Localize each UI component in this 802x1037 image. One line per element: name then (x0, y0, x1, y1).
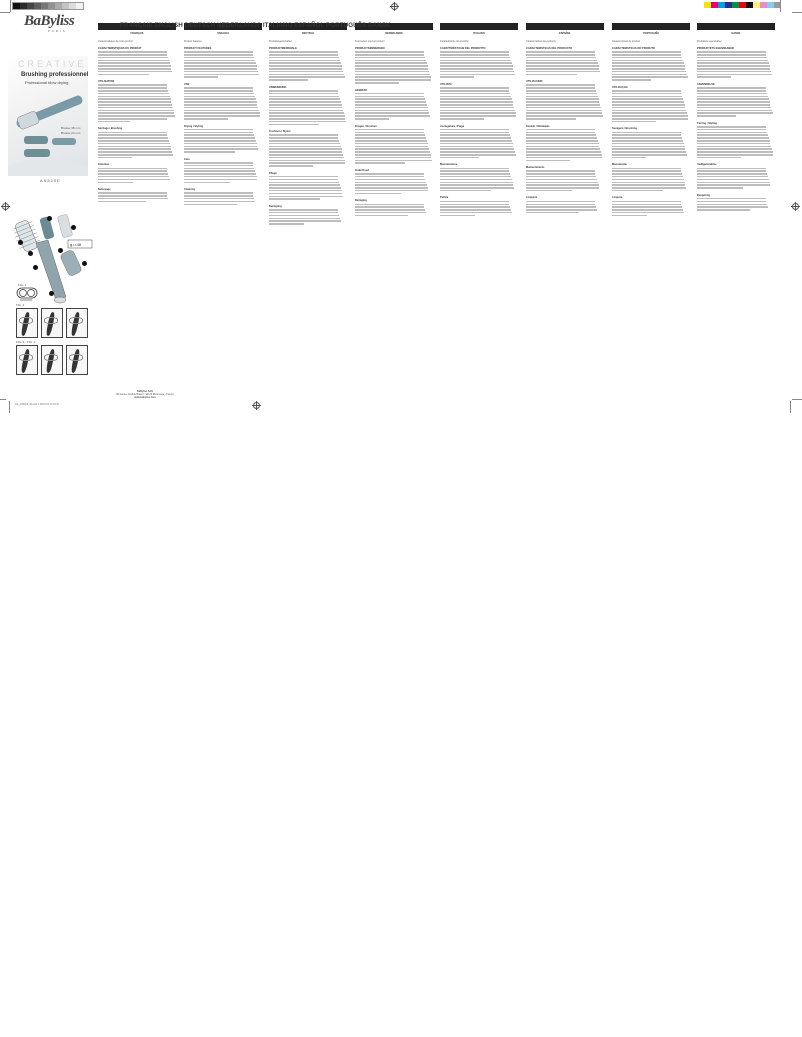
callout-marker-icon (49, 291, 54, 296)
text-line (612, 146, 685, 148)
calibration-swatch (20, 3, 27, 9)
text-line (697, 104, 770, 106)
text-section: Tørring / Styling (697, 122, 775, 159)
text-line (269, 121, 346, 123)
calibration-swatch (69, 3, 76, 9)
text-section: CARACTERÍSTICAS DO PRODUTO (612, 47, 690, 81)
text-line (526, 110, 602, 112)
text-line (355, 68, 428, 70)
text-line (612, 168, 681, 170)
text-section: Secado / Moldeado (526, 125, 604, 162)
section-heading: ANVENDELSE (697, 83, 775, 86)
column-intro: Características do produto (612, 40, 690, 43)
section-heading: UTILISATION (98, 80, 176, 83)
text-line (355, 179, 425, 181)
text-section: PRODUKTMERKMALE (269, 47, 347, 81)
section-heading: PRODUCT FEATURES (184, 47, 262, 50)
text-line (440, 54, 509, 56)
text-line (98, 96, 170, 98)
text-line (184, 165, 253, 167)
text-line (184, 137, 255, 139)
text-line (440, 71, 514, 73)
text-line (355, 132, 424, 134)
text-line (612, 151, 686, 153)
figure-step-image (66, 345, 88, 375)
text-line (98, 74, 149, 76)
text-line (526, 112, 602, 114)
text-section: Cleaning (184, 188, 262, 205)
callout-marker-icon (82, 261, 87, 266)
text-line (355, 160, 432, 162)
calibration-swatch (41, 3, 48, 9)
text-line (526, 204, 595, 206)
text-line (98, 148, 171, 150)
text-line (612, 101, 684, 103)
text-line (697, 173, 767, 175)
text-line (269, 148, 342, 150)
text-line (98, 107, 173, 109)
text-line (526, 173, 595, 175)
language-column: ITALIANOCaratteristiche del prodottoCARA… (440, 32, 518, 221)
text-line (355, 173, 424, 175)
text-line (184, 57, 254, 59)
text-line (697, 182, 770, 184)
text-line (697, 129, 766, 131)
section-heading: UTILIZACIÓN (526, 80, 604, 83)
text-line (269, 160, 345, 162)
text-line (269, 90, 338, 92)
text-line (526, 179, 597, 181)
text-line (526, 146, 599, 148)
text-section: ANWENDUNG (269, 86, 347, 125)
text-line (269, 220, 341, 222)
text-line (612, 209, 683, 211)
text-line (697, 93, 767, 95)
text-line (98, 112, 174, 114)
text-line (697, 74, 772, 76)
text-line (526, 68, 599, 70)
text-line (440, 107, 514, 109)
text-line (184, 93, 254, 95)
section-heading: Pulizia (440, 196, 518, 199)
text-line (440, 201, 509, 203)
text-line (697, 96, 768, 98)
text-line (440, 96, 511, 98)
text-line (269, 157, 344, 159)
calibration-swatch (27, 3, 34, 9)
column-language-code: DANSK (697, 32, 775, 35)
section-heading: Mantenimiento (526, 166, 604, 169)
text-line (612, 54, 681, 56)
text-line (612, 96, 682, 98)
distributor-url: www.babyliss.com (110, 396, 180, 399)
text-line (355, 115, 430, 117)
text-line (269, 110, 343, 112)
text-line (355, 162, 405, 164)
text-line (269, 118, 345, 120)
crop-mark (0, 12, 10, 13)
text-line (612, 62, 684, 64)
text-line (98, 132, 167, 134)
text-line (184, 65, 257, 67)
text-line (98, 168, 167, 170)
text-line (526, 107, 601, 109)
text-section: CARACTÉRISTIQUES DU PRODUIT (98, 47, 176, 75)
text-line (184, 204, 237, 206)
calibration-swatch (55, 3, 62, 9)
text-line (612, 74, 687, 76)
text-line (269, 107, 342, 109)
text-line (612, 93, 681, 95)
distributor-block: BaByliss SAS 99 avenue Aristide Briand -… (110, 390, 180, 399)
text-line (269, 74, 344, 76)
text-line (355, 110, 428, 112)
text-line (184, 182, 230, 184)
text-line (98, 134, 167, 136)
column-language-code: ENGLISH (184, 32, 262, 35)
text-line (526, 176, 596, 178)
section-heading: UTILIZAÇÃO (612, 86, 690, 89)
text-line (98, 198, 168, 200)
text-line (269, 151, 342, 153)
text-section: Manutenção (612, 163, 690, 191)
section-heading: Reiniging (355, 199, 433, 202)
text-line (440, 187, 514, 189)
text-line (355, 112, 429, 114)
text-line (355, 206, 424, 208)
calibration-swatch (732, 2, 739, 8)
text-line (269, 190, 342, 192)
text-line (98, 51, 167, 53)
calibration-swatch (753, 2, 760, 8)
text-line (269, 143, 340, 145)
text-line (269, 65, 342, 67)
calibration-swatch (718, 2, 725, 8)
callout-marker-icon (33, 265, 38, 270)
text-line (612, 90, 681, 92)
section-heading: Entretien (98, 163, 176, 166)
text-line (526, 101, 599, 103)
text-line (526, 182, 598, 184)
text-line (526, 104, 600, 106)
text-line (697, 54, 766, 56)
text-line (526, 190, 572, 192)
text-line (184, 60, 255, 62)
column-intro: Produkteigenschaften (269, 40, 347, 43)
text-line (440, 151, 515, 153)
text-line (184, 96, 255, 98)
text-line (612, 115, 688, 117)
language-column: PORTUGUÊSCaracterísticas do produtoCARAC… (612, 32, 690, 221)
text-line (184, 110, 259, 112)
calibration-swatch (704, 2, 711, 8)
crop-mark (9, 401, 10, 413)
text-line (697, 98, 769, 100)
text-line (98, 201, 146, 203)
text-line (612, 104, 685, 106)
text-line (269, 187, 341, 189)
text-line (355, 209, 425, 211)
text-line (440, 140, 512, 142)
text-section: Nettoyage (98, 188, 176, 202)
text-line (697, 201, 766, 203)
text-line (526, 212, 579, 214)
text-section: CARACTERÍSTICAS DEL PRODUCTO (526, 47, 604, 75)
text-line (612, 107, 685, 109)
text-line (98, 154, 173, 156)
text-line (526, 74, 577, 76)
text-line (526, 57, 596, 59)
text-line (355, 101, 426, 103)
text-line (355, 212, 426, 214)
text-section: Séchage / Brushing (98, 127, 176, 158)
text-section: Care (184, 158, 262, 183)
text-line (612, 137, 682, 139)
section-heading: Trocknen / Stylen (269, 130, 347, 133)
section-heading: Manutenção (612, 163, 690, 166)
text-line (98, 62, 170, 64)
text-line (269, 76, 345, 78)
text-section: UTILIZACIÓN (526, 80, 604, 119)
text-line (526, 209, 597, 211)
text-line (184, 140, 256, 142)
cover-title: Brushing professionnel (21, 72, 88, 78)
text-line (269, 134, 338, 136)
brand-logo: BaByliss (24, 13, 74, 30)
column-language-code: PORTUGUÊS (612, 32, 690, 35)
section-heading: Limpieza (526, 196, 604, 199)
text-line (98, 143, 170, 145)
text-line (440, 51, 509, 53)
calibration-swatch (62, 3, 69, 9)
text-line (526, 201, 595, 203)
text-line (355, 215, 408, 217)
text-line (184, 71, 258, 73)
text-line (612, 118, 688, 120)
text-line (184, 62, 256, 64)
text-line (440, 209, 511, 211)
section-heading: Drying / Styling (184, 125, 262, 128)
figure-label: FIG. 2 (16, 303, 24, 307)
text-line (440, 104, 513, 106)
calibration-swatch (767, 2, 774, 8)
text-line (612, 190, 663, 192)
text-line (526, 62, 598, 64)
model-number: AS520E (40, 178, 61, 183)
text-line (184, 146, 257, 148)
text-line (98, 192, 167, 194)
text-line (269, 165, 313, 167)
text-line (440, 65, 513, 67)
text-line (612, 206, 682, 208)
text-line (98, 98, 171, 100)
text-line (612, 173, 682, 175)
text-section: Pflege (269, 172, 347, 200)
text-line (440, 87, 509, 89)
text-line (526, 206, 596, 208)
text-section: PRODUCT FEATURES (184, 47, 262, 78)
column-intro: Características del producto (526, 40, 604, 43)
crop-mark (10, 0, 11, 12)
text-line (612, 184, 685, 186)
section-heading: USE (184, 83, 262, 86)
column-intro: Caractéristiques de votre produit (98, 40, 176, 43)
text-line (355, 184, 427, 186)
text-line (612, 187, 686, 189)
text-line (355, 51, 424, 53)
text-line (697, 134, 768, 136)
text-line (98, 93, 169, 95)
text-line (355, 76, 431, 78)
text-line (526, 93, 597, 95)
crop-mark (790, 401, 791, 413)
callout-marker-icon (28, 251, 33, 256)
text-line (697, 107, 771, 109)
text-line (184, 201, 255, 203)
text-line (355, 60, 426, 62)
text-line (440, 212, 512, 214)
text-line (269, 179, 338, 181)
text-line (269, 154, 343, 156)
registration-mark-icon (2, 203, 9, 210)
text-line (184, 162, 253, 164)
text-section: Entretien (98, 163, 176, 183)
section-heading: CARACTERÍSTICAS DO PRODUTO (612, 47, 690, 50)
language-column: FRANÇAISCaractéristiques de votre produi… (98, 32, 176, 207)
text-line (355, 140, 427, 142)
svg-text:g.u.48: g.u.48 (70, 242, 82, 247)
registration-mark-icon (792, 203, 799, 210)
text-line (184, 173, 256, 175)
text-line (269, 215, 339, 217)
text-line (612, 132, 681, 134)
text-line (697, 148, 772, 150)
text-line (184, 192, 253, 194)
text-line (184, 68, 257, 70)
text-line (184, 76, 218, 78)
text-line (184, 168, 254, 170)
cover-series: CREATIVE (18, 59, 86, 69)
language-bar (526, 23, 604, 30)
text-line (269, 209, 338, 211)
section-heading: Rengøring (697, 194, 775, 197)
text-line (697, 204, 767, 206)
text-line (697, 187, 743, 189)
calibration-swatch (760, 2, 767, 8)
text-line (98, 84, 167, 86)
text-line (526, 54, 595, 56)
text-line (355, 96, 424, 98)
text-line (98, 173, 168, 175)
column-language-code: ITALIANO (440, 32, 518, 35)
text-line (440, 173, 510, 175)
text-line (440, 74, 515, 76)
text-line (98, 110, 174, 112)
text-line (526, 129, 595, 131)
text-line (440, 112, 516, 114)
text-line (612, 157, 646, 159)
text-line (697, 110, 772, 112)
text-line (184, 90, 253, 92)
text-line (697, 184, 770, 186)
text-line (184, 134, 254, 136)
text-line (184, 87, 253, 89)
text-line (440, 190, 491, 192)
registration-mark-icon (391, 3, 398, 10)
text-line (612, 176, 683, 178)
text-line (697, 170, 766, 172)
text-line (526, 151, 601, 153)
text-line (440, 60, 511, 62)
column-language-code: FRANÇAIS (98, 32, 176, 35)
text-line (612, 110, 686, 112)
text-line (355, 74, 430, 76)
text-line (612, 170, 681, 172)
text-line (355, 104, 427, 106)
text-line (440, 157, 479, 159)
text-line (697, 62, 769, 64)
text-line (269, 198, 320, 200)
section-heading: ANWENDUNG (269, 86, 347, 89)
text-line (98, 57, 168, 59)
text-line (440, 182, 513, 184)
text-line (184, 176, 257, 178)
text-line (526, 65, 599, 67)
text-line (98, 90, 168, 92)
text-line (526, 137, 597, 139)
text-line (269, 68, 342, 70)
text-line (98, 176, 169, 178)
text-line (184, 148, 258, 150)
cover-label: Brosse 38 mm (61, 126, 80, 130)
section-heading: PRODUKTETS EGENSKABER (697, 47, 775, 50)
text-line (526, 170, 595, 172)
crop-mark (780, 0, 781, 12)
section-heading: PRODUCTKENMERKEN (355, 47, 433, 50)
text-line (355, 146, 428, 148)
text-line (697, 90, 766, 92)
text-line (697, 157, 741, 159)
text-line (440, 101, 513, 103)
calibration-swatch (13, 3, 20, 9)
text-line (526, 84, 595, 86)
text-line (612, 140, 683, 142)
text-line (98, 121, 130, 123)
text-line (184, 51, 253, 53)
text-section: Mantenimiento (526, 166, 604, 191)
text-line (697, 143, 770, 145)
section-heading: CARACTERÍSTICAS DEL PRODUCTO (526, 47, 604, 50)
text-line (440, 118, 484, 120)
section-heading: Nettoyage (98, 188, 176, 191)
text-line (98, 65, 171, 67)
text-line (440, 115, 516, 117)
text-line (269, 193, 342, 195)
text-line (440, 184, 513, 186)
text-line (98, 68, 171, 70)
text-section: UTILIZAÇÃO (612, 86, 690, 123)
section-heading: Tørring / Styling (697, 122, 775, 125)
text-line (526, 51, 595, 53)
text-line (355, 193, 401, 195)
text-line (355, 154, 431, 156)
text-section: ANVENDELSE (697, 83, 775, 117)
text-line (440, 204, 509, 206)
text-line (355, 176, 424, 178)
figure-step-image (66, 308, 88, 338)
text-line (697, 140, 770, 142)
text-line (355, 79, 431, 81)
